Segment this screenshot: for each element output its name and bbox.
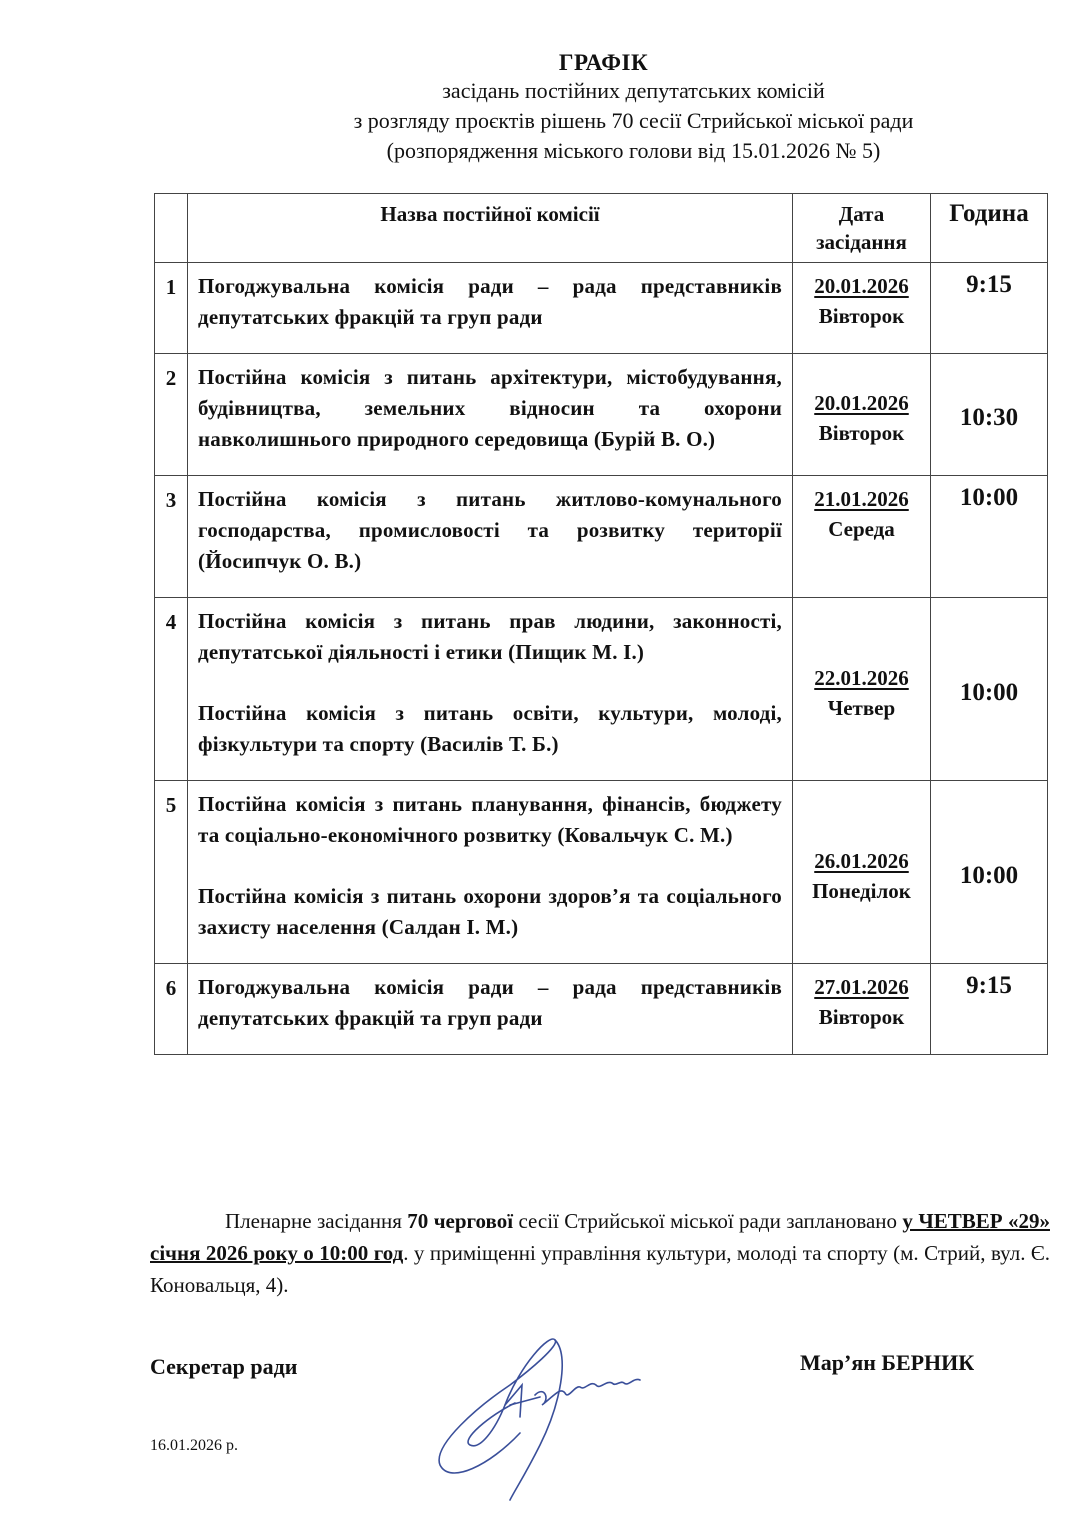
table-row: 5Постійна комісія з питань планування, ф… (155, 781, 1048, 964)
document-date: 16.01.2026 р. (150, 1437, 238, 1455)
meeting-time: 10:00 (931, 598, 1048, 781)
commission-cell: Постійна комісія з питань житлово-комуна… (188, 476, 793, 598)
meeting-time: 10:00 (931, 476, 1048, 598)
commission-name: Постійна комісія з питань житлово-комуна… (198, 484, 782, 577)
table-body: 1Погоджувальна комісія ради – рада предс… (155, 263, 1048, 1055)
date-cell: 20.01.2026Вівторок (793, 354, 931, 476)
meeting-date: 20.01.2026 (794, 271, 929, 301)
meeting-date: 26.01.2026 (794, 846, 929, 876)
row-number: 6 (155, 964, 188, 1055)
commission-name: Постійна комісія з питань освіти, культу… (198, 698, 782, 760)
meeting-date: 27.01.2026 (794, 972, 929, 1002)
meeting-date: 21.01.2026 (794, 484, 929, 514)
meeting-weekday: Вівторок (794, 301, 929, 331)
document-title: ГРАФІК (120, 50, 1087, 76)
signer-role: Секретар ради (150, 1354, 297, 1380)
meeting-weekday: Четвер (794, 693, 929, 723)
subtitle-line-3: (розпорядження міського голови від 15.01… (180, 136, 1087, 166)
commission-cell: Постійна комісія з питань прав людини, з… (188, 598, 793, 781)
commission-cell: Постійна комісія з питань архітектури, м… (188, 354, 793, 476)
commission-name: Постійна комісія з питань планування, фі… (198, 789, 782, 851)
meeting-time: 10:30 (931, 354, 1048, 476)
table-row: 1Погоджувальна комісія ради – рада предс… (155, 263, 1048, 354)
handwritten-signature-icon (410, 1325, 710, 1505)
plenary-paragraph: Пленарне засідання 70 чергової сесії Стр… (150, 1205, 1050, 1301)
date-cell: 27.01.2026Вівторок (793, 964, 931, 1055)
date-cell: 20.01.2026Вівторок (793, 263, 931, 354)
row-number: 3 (155, 476, 188, 598)
commission-name: Погоджувальна комісія ради – рада предст… (198, 972, 782, 1034)
header-date: Дата засідання (793, 194, 931, 263)
header-time: Година (931, 194, 1048, 263)
subtitle-line-1: засідань постійних депутатських комісій (180, 76, 1087, 106)
row-number: 4 (155, 598, 188, 781)
schedule-table: Назва постійної комісії Дата засідання Г… (154, 193, 1048, 1055)
meeting-weekday: Вівторок (794, 418, 929, 448)
row-number: 1 (155, 263, 188, 354)
date-cell: 26.01.2026Понеділок (793, 781, 931, 964)
table-row: 3Постійна комісія з питань житлово-комун… (155, 476, 1048, 598)
meeting-date: 22.01.2026 (794, 663, 929, 693)
table-row: 2Постійна комісія з питань архітектури, … (155, 354, 1048, 476)
commission-cell: Погоджувальна комісія ради – рада предст… (188, 964, 793, 1055)
date-cell: 21.01.2026Середа (793, 476, 931, 598)
plenary-text-1: Пленарне засідання (225, 1209, 407, 1233)
meeting-weekday: Середа (794, 514, 929, 544)
date-cell: 22.01.2026Четвер (793, 598, 931, 781)
table-header-row: Назва постійної комісії Дата засідання Г… (155, 194, 1048, 263)
table-row: 4Постійна комісія з питань прав людини, … (155, 598, 1048, 781)
commission-cell: Постійна комісія з питань планування, фі… (188, 781, 793, 964)
table-row: 6Погоджувальна комісія ради – рада предс… (155, 964, 1048, 1055)
meeting-weekday: Вівторок (794, 1002, 929, 1032)
meeting-time: 9:15 (931, 263, 1048, 354)
commission-name: Постійна комісія з питань прав людини, з… (198, 606, 782, 668)
meeting-time: 10:00 (931, 781, 1048, 964)
commission-name: Постійна комісія з питань охорони здоров… (198, 881, 782, 943)
meeting-time: 9:15 (931, 964, 1048, 1055)
commission-cell: Погоджувальна комісія ради – рада предст… (188, 263, 793, 354)
commission-name: Постійна комісія з питань архітектури, м… (198, 362, 782, 455)
plenary-text-2: сесії Стрийської міської ради запланован… (513, 1209, 902, 1233)
header-name: Назва постійної комісії (188, 194, 793, 263)
meeting-date: 20.01.2026 (794, 388, 929, 418)
row-number: 2 (155, 354, 188, 476)
row-number: 5 (155, 781, 188, 964)
commission-name: Погоджувальна комісія ради – рада предст… (198, 271, 782, 333)
signer-name: Мар’ян БЕРНИК (800, 1350, 974, 1376)
session-number: 70 чергової (407, 1209, 513, 1233)
subtitle-line-2: з розгляду проєктів рішень 70 сесії Стри… (180, 106, 1087, 136)
document-header: ГРАФІК засідань постійних депутатських к… (0, 50, 1087, 166)
header-num (155, 194, 188, 263)
meeting-weekday: Понеділок (794, 876, 929, 906)
